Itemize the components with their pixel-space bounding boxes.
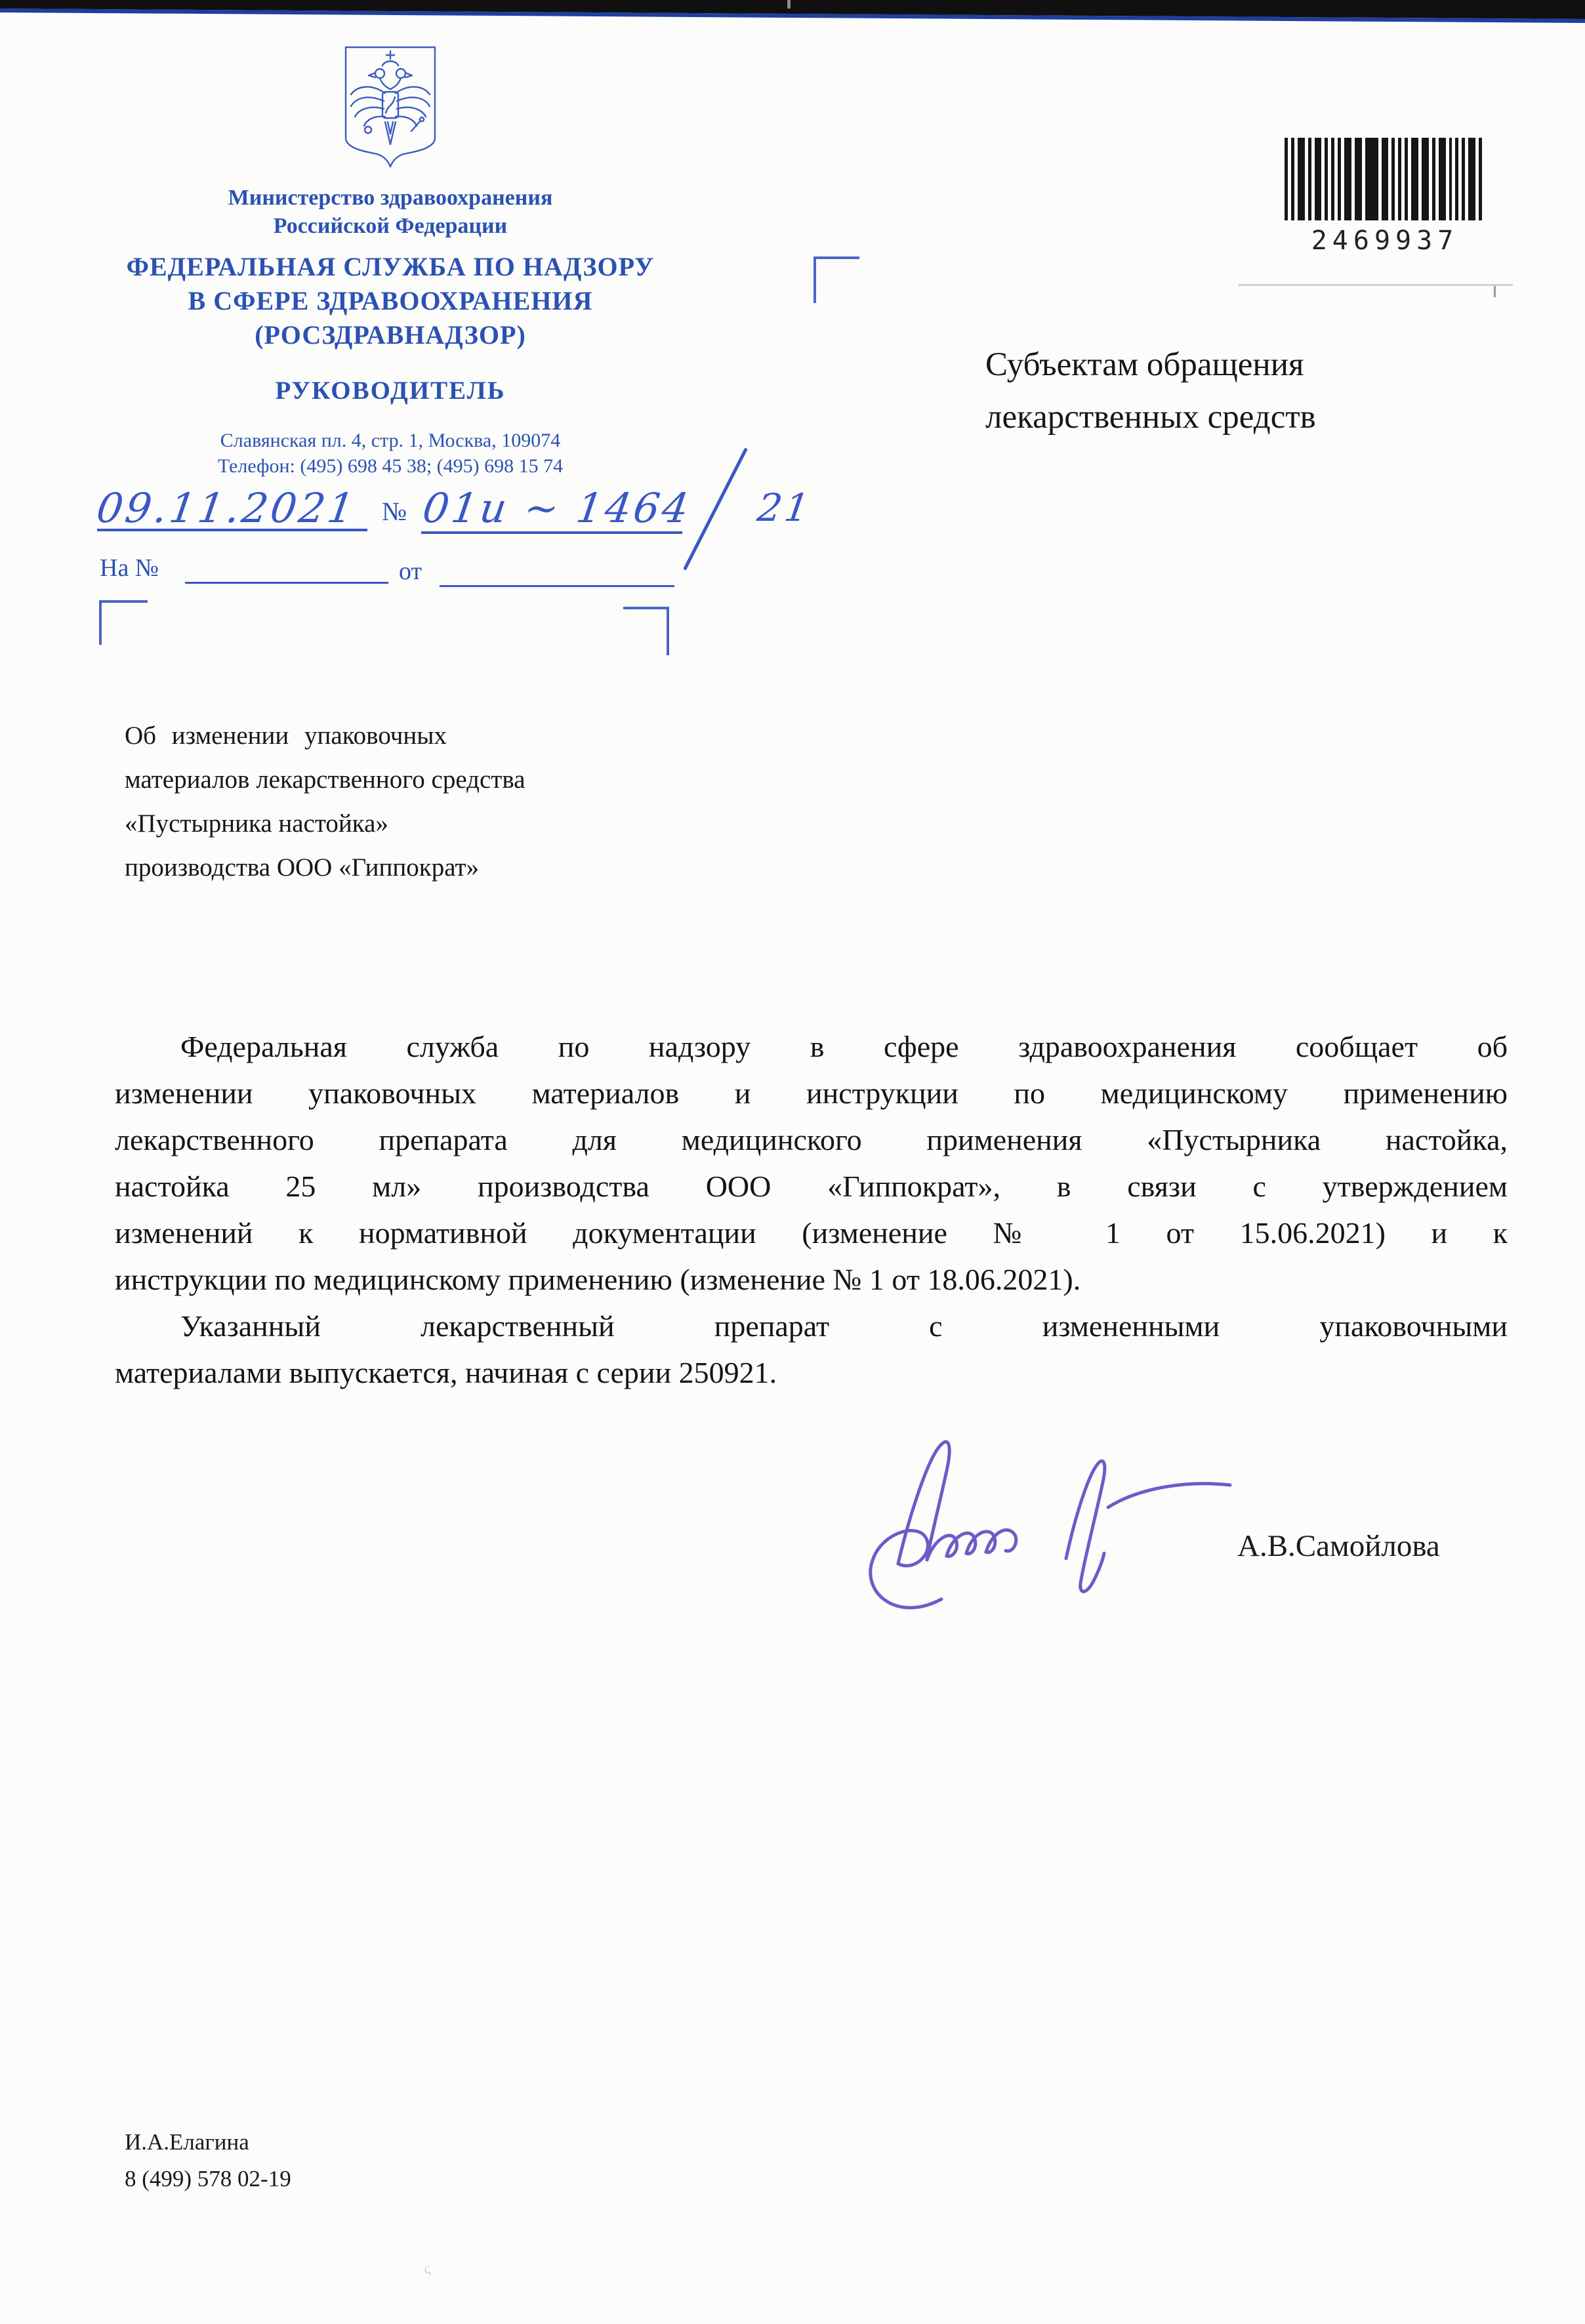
- reply-from-label: от: [399, 557, 422, 586]
- corner-mark-right-icon: [623, 607, 669, 655]
- executor-phone: 8 (499) 578 02-19: [125, 2161, 291, 2197]
- letterhead-address: Славянская пл. 4, стр. 1, Москва, 109074: [92, 428, 689, 453]
- subject-line: производства ООО «Гиппократ»: [125, 846, 525, 889]
- ministry-name-line2: Российской Федерации: [92, 212, 689, 240]
- handwritten-signature-icon: [843, 1430, 1276, 1630]
- subject-line: материалов лекарственного средства: [125, 758, 525, 802]
- number-underline: [421, 531, 682, 534]
- handwritten-slash-stroke: [683, 447, 748, 571]
- letterhead-phone: Телефон: (495) 698 45 38; (495) 698 15 7…: [92, 453, 689, 479]
- corner-mark-addressee-icon: [813, 256, 859, 303]
- date-underline: [97, 529, 367, 531]
- barcode-bars-icon: [1285, 138, 1485, 220]
- number-sign: №: [382, 496, 407, 527]
- letter-body: Федеральная служба по надзору в сфере зд…: [115, 1023, 1508, 1396]
- addressee-block: Субъектам обращения лекарственных средст…: [985, 338, 1316, 443]
- subject-line: «Пустырника настойка»: [125, 802, 525, 846]
- body-line: изменений к нормативной документации (из…: [115, 1210, 1508, 1256]
- signer-name: А.В.Самойлова: [1237, 1528, 1440, 1564]
- executor-block: И.А.Елагина 8 (499) 578 02-19: [125, 2124, 291, 2197]
- subject-line: Об изменении упаковочных: [125, 714, 525, 758]
- ministry-name-line1: Министерство здравоохранения: [92, 184, 689, 212]
- subject-block: Об изменении упаковочных материалов лека…: [125, 714, 525, 889]
- barcode-number: 2469937: [1285, 226, 1485, 256]
- position-title: РУКОВОДИТЕЛЬ: [92, 376, 689, 405]
- addressee-line2: лекарственных средств: [985, 391, 1316, 443]
- scan-artifact-tick: [1494, 286, 1496, 297]
- agency-name-line1: ФЕДЕРАЛЬНАЯ СЛУЖБА ПО НАДЗОРУ: [92, 250, 689, 284]
- corner-mark-left-icon: [99, 600, 148, 645]
- agency-name-line3: (РОСЗДРАВНАДЗОР): [92, 318, 689, 352]
- executor-name: И.А.Елагина: [125, 2124, 291, 2161]
- agency-name-line2: В СФЕРЕ ЗДРАВООХРАНЕНИЯ: [92, 284, 689, 318]
- body-line: настойка 25 мл» производства ООО «Гиппок…: [115, 1163, 1508, 1210]
- scan-artifact-squiggle: ϛ: [422, 2260, 432, 2279]
- scanned-letter-page: Министерство здравоохранения Российской …: [0, 0, 1585, 2324]
- outgoing-number-suffix: 21: [754, 485, 814, 530]
- body-line: лекарственного препарата для медицинског…: [115, 1116, 1508, 1163]
- outgoing-date-handwritten: 09.11.2021: [94, 484, 360, 532]
- addressee-line1: Субъектам обращения: [985, 338, 1316, 391]
- body-line: инструкции по медицинскому применению (и…: [115, 1256, 1508, 1303]
- reply-number-blank-line: [185, 582, 388, 584]
- body-line: Федеральная служба по надзору в сфере зд…: [115, 1023, 1508, 1070]
- reply-date-blank-line: [440, 585, 674, 587]
- body-line: материалами выпускается, начиная с серии…: [115, 1349, 1508, 1396]
- body-line: изменении упаковочных материалов и инстр…: [115, 1070, 1508, 1116]
- document-barcode: 2469937: [1285, 138, 1485, 256]
- scan-artifact-line: [1239, 284, 1513, 286]
- scan-edge-band-gap: [787, 0, 791, 9]
- reply-to-label: На №: [100, 554, 159, 582]
- russia-coat-of-arms-icon: [338, 42, 443, 176]
- body-line: Указанный лекарственный препарат с измен…: [115, 1303, 1508, 1349]
- outgoing-number-handwritten: 01и ~ 1464: [420, 484, 694, 532]
